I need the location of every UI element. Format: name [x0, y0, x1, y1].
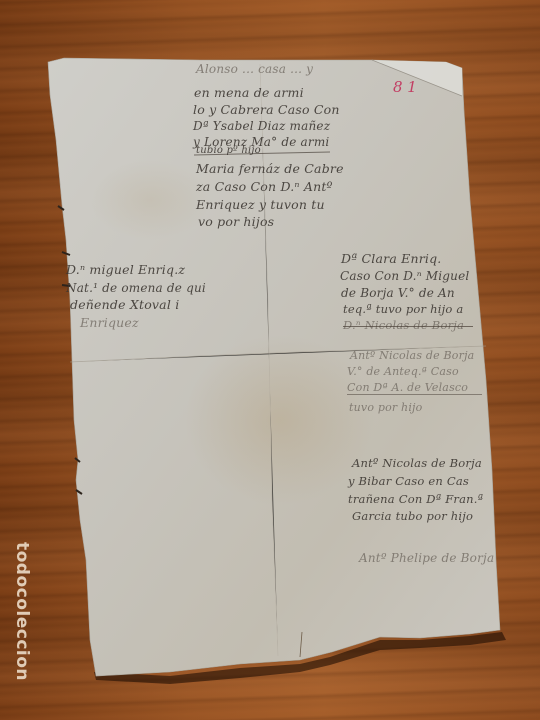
- underline: [347, 394, 482, 395]
- todocoleccion-watermark: todocoleccion: [8, 542, 32, 712]
- right-entry-line: y Bibar Caso en Cas: [348, 476, 469, 488]
- strikethrough-line: [343, 326, 473, 327]
- right-entry-line: Antº Phelipe de Borja: [359, 552, 494, 564]
- left-entry-line: deñende Xtoval i: [70, 299, 179, 312]
- top-entry-line: vo por hijos: [198, 216, 274, 229]
- top-entry-line: Enriquez y tuvon tu: [196, 199, 325, 212]
- left-entry-line: D.ⁿ miguel Enriq.z: [66, 264, 185, 277]
- right-entry-line: Dª Clara Enriq.: [341, 253, 441, 266]
- right-entry-line: trañena Con Dª Fran.ª: [348, 494, 483, 506]
- right-entry-line: Garcia tubo por hijo: [352, 511, 473, 523]
- top-entry-line: en mena de armi: [194, 87, 304, 100]
- folio-number: 8 1: [393, 78, 417, 96]
- right-entry-line: Antº Nicolas de Borja: [350, 350, 474, 361]
- top-entry-line: lo y Cabrera Caso Con: [193, 104, 340, 117]
- right-entry-line: teq.ª tuvo por hijo a: [343, 304, 463, 316]
- right-entry-line: Con Dª A. de Velasco: [347, 382, 468, 393]
- top-entry-line: Dª Ysabel Diaz mañez: [193, 120, 330, 132]
- right-entry-line: Antº Nicolas de Borja: [352, 458, 482, 470]
- top-entry-line: za Caso Con D.ⁿ Antº: [196, 181, 333, 194]
- top-entry-line: Alonso ... casa ... y: [196, 63, 313, 75]
- top-entry-line: Maria fernáz de Cabre: [196, 163, 344, 176]
- left-entry-line: Nat.¹ de omena de qui: [66, 282, 206, 294]
- left-entry-line: Enriquez: [80, 317, 139, 330]
- right-entry-line: Caso Con D.ⁿ Miguel: [340, 270, 469, 282]
- right-entry-line: tuvo por hijo: [349, 402, 423, 413]
- top-entry-line: tubió pº hijo: [196, 146, 261, 156]
- right-entry-line: V.° de Anteq.ª Caso: [347, 366, 459, 377]
- right-entry-line: de Borja V.° de An: [341, 287, 455, 299]
